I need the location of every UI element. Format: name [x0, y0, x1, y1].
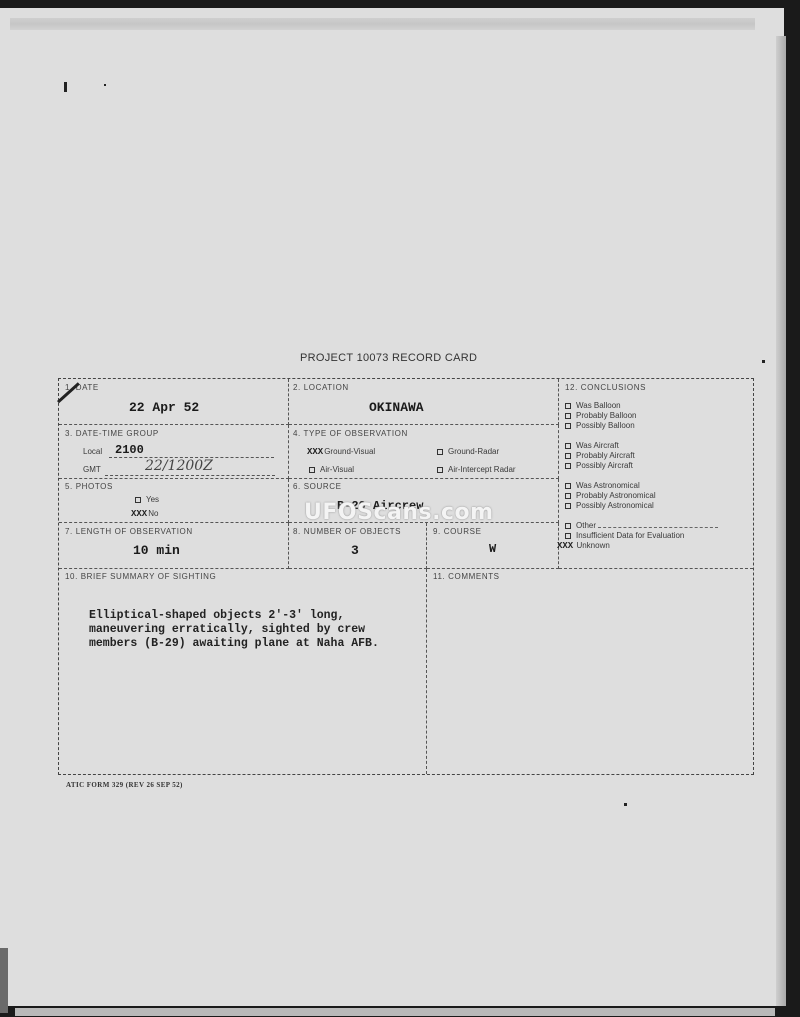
field-location: 2. LOCATION OKINAWA — [289, 379, 559, 425]
watermark: UFOScans.com — [304, 500, 494, 525]
conclusion-probably-astronomical[interactable]: Probably Astronomical — [565, 491, 718, 501]
option-air-intercept-radar[interactable]: Air-Intercept Radar — [437, 465, 516, 474]
field-date-time-group: 3. DATE-TIME GROUP Local 2100 GMT 22/120… — [59, 425, 289, 479]
conclusions-label: 12. CONCLUSIONS — [565, 383, 646, 392]
option-ground-radar[interactable]: Ground-Radar — [437, 447, 499, 456]
scan-shadow-top — [10, 18, 755, 30]
option-air-visual[interactable]: Air-Visual — [309, 465, 354, 474]
number-of-objects-label: 8. NUMBER OF OBJECTS — [293, 527, 401, 536]
local-label: Local — [83, 447, 102, 456]
conclusion-insufficient-data[interactable]: Insufficient Data for Evaluation — [565, 531, 718, 541]
scan-shadow-left — [0, 948, 8, 1013]
ink-speck — [762, 360, 765, 363]
type-of-observation-label: 4. TYPE OF OBSERVATION — [293, 429, 408, 438]
ink-speck — [624, 803, 627, 806]
photos-label: 5. PHOTOS — [65, 482, 113, 491]
course-value: W — [489, 542, 496, 556]
field-course: 9. COURSE W — [427, 523, 559, 569]
length-of-observation-label: 7. LENGTH OF OBSERVATION — [65, 527, 193, 536]
record-card: 1. DATE 22 Apr 52 2. LOCATION OKINAWA 3.… — [58, 378, 754, 775]
conclusion-possibly-balloon[interactable]: Possibly Balloon — [565, 421, 718, 431]
checkbox-icon — [565, 413, 571, 419]
conclusion-was-aircraft[interactable]: Was Aircraft — [565, 441, 718, 451]
checkbox-icon — [437, 449, 443, 455]
brief-summary-text: Elliptical-shaped objects 2'-3' long, ma… — [89, 609, 409, 651]
x-mark: XXX — [307, 447, 323, 457]
conclusion-unknown[interactable]: XXX Unknown — [557, 541, 718, 551]
number-of-objects-value: 3 — [351, 543, 359, 558]
gmt-value: 22/1200Z — [145, 458, 213, 474]
card-title: PROJECT 10073 RECORD CARD — [300, 352, 500, 364]
field-type-of-observation: 4. TYPE OF OBSERVATION XXXGround-Visual … — [289, 425, 559, 479]
conclusion-was-astronomical[interactable]: Was Astronomical — [565, 481, 718, 491]
brief-summary-label: 10. BRIEF SUMMARY OF SIGHTING — [65, 572, 216, 581]
option-photos-no[interactable]: XXXNo — [131, 509, 158, 519]
local-value: 2100 — [115, 443, 144, 457]
checkbox-icon — [565, 483, 571, 489]
checkbox-icon — [309, 467, 315, 473]
field-length-of-observation: 7. LENGTH OF OBSERVATION 10 min — [59, 523, 289, 569]
x-mark: XXX — [557, 541, 573, 551]
scan-shadow-bottom — [15, 1008, 775, 1016]
field-conclusions: 12. CONCLUSIONS Was Balloon Probably Bal… — [559, 379, 753, 569]
ink-mark — [64, 82, 67, 92]
field-date: 1. DATE 22 Apr 52 — [59, 379, 289, 425]
gmt-underline — [105, 475, 275, 476]
checkbox-icon — [565, 443, 571, 449]
comments-label: 11. COMMENTS — [433, 572, 500, 581]
field-comments: 11. COMMENTS — [427, 569, 753, 774]
x-mark: XXX — [131, 509, 147, 519]
date-time-group-label: 3. DATE-TIME GROUP — [65, 429, 159, 438]
conclusion-possibly-astronomical[interactable]: Possibly Astronomical — [565, 501, 718, 511]
option-ground-visual[interactable]: XXXGround-Visual — [307, 447, 375, 457]
field-photos: 5. PHOTOS Yes XXXNo — [59, 479, 289, 523]
location-value: OKINAWA — [369, 400, 424, 415]
conclusion-possibly-aircraft[interactable]: Possibly Aircraft — [565, 461, 718, 471]
checkbox-icon — [565, 423, 571, 429]
checkbox-icon — [565, 463, 571, 469]
checkbox-icon — [565, 453, 571, 459]
conclusion-probably-aircraft[interactable]: Probably Aircraft — [565, 451, 718, 461]
location-label: 2. LOCATION — [293, 383, 349, 392]
conclusion-other[interactable]: Other — [565, 521, 718, 531]
conclusions-list: Was Balloon Probably Balloon Possibly Ba… — [565, 401, 718, 551]
option-photos-yes[interactable]: Yes — [135, 495, 159, 504]
conclusion-probably-balloon[interactable]: Probably Balloon — [565, 411, 718, 421]
ink-speck — [104, 84, 106, 86]
checkbox-icon — [565, 503, 571, 509]
form-number: ATIC FORM 329 (REV 26 SEP 52) — [66, 781, 183, 789]
field-number-of-objects: 8. NUMBER OF OBJECTS 3 — [289, 523, 427, 569]
scan-shadow-right — [776, 36, 786, 1006]
course-label: 9. COURSE — [433, 527, 482, 536]
source-label: 6. SOURCE — [293, 482, 342, 491]
date-value: 22 Apr 52 — [129, 400, 199, 415]
checkbox-icon — [565, 533, 571, 539]
length-of-observation-value: 10 min — [133, 543, 180, 558]
conclusion-was-balloon[interactable]: Was Balloon — [565, 401, 718, 411]
checkbox-icon — [565, 493, 571, 499]
field-brief-summary: 10. BRIEF SUMMARY OF SIGHTING Elliptical… — [59, 569, 427, 774]
checkbox-icon — [437, 467, 443, 473]
checkbox-icon — [565, 523, 571, 529]
checkbox-icon — [565, 403, 571, 409]
gmt-label: GMT — [83, 465, 101, 474]
checkbox-icon — [135, 497, 141, 503]
